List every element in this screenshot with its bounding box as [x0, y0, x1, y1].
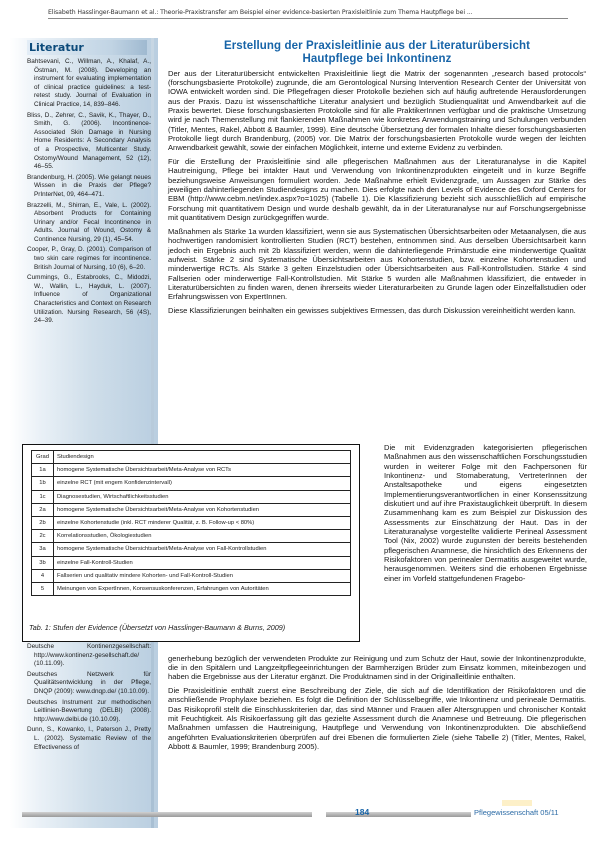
reference-item: Deutsches Instrument zur methodischen Le… — [27, 699, 151, 725]
paragraph: Die Praxisleitlinie enthält zuerst eine … — [168, 686, 586, 751]
design-cell: Fallserien und qualitativ mindere Kohort… — [54, 569, 351, 582]
reference-item: Brazzelli, M., Shirran, E., Vale, L. (20… — [27, 202, 151, 245]
design-cell: homogene Systematische Übersichtsarbeit/… — [54, 503, 351, 516]
evidence-table-frame: Grad Studiendesign 1ahomogene Systematis… — [22, 444, 360, 642]
table-row: 3ahomogene Systematische Übersichtsarbei… — [32, 543, 351, 556]
grade-cell: 2a — [32, 503, 54, 516]
evidence-levels-table: Grad Studiendesign 1ahomogene Systematis… — [31, 450, 351, 596]
design-cell: einzelne Fall-Kontroll-Studien — [54, 556, 351, 569]
design-cell: homogene Systematische Übersichtsarbeit/… — [54, 543, 351, 556]
grade-cell: 5 — [32, 582, 54, 595]
reference-item: Bahtsevani, C., Willman, A., Khalaf, A.,… — [27, 58, 151, 110]
table-row: 2ahomogene Systematische Übersichtsarbei… — [32, 503, 351, 516]
section-title-line2: Hautpflege bei Inkontinenz — [303, 53, 452, 65]
reference-item: Dunn, S., Kowanko, I., Paterson J., Pret… — [27, 726, 151, 752]
grade-cell: 1c — [32, 490, 54, 503]
table-row: 4Fallserien und qualitativ mindere Kohor… — [32, 569, 351, 582]
footer-rule-right — [326, 812, 471, 817]
table-row: 3beinzelne Fall-Kontroll-Studien — [32, 556, 351, 569]
references-list-bottom: Deutsche Kontinenzgesellschaft: http://w… — [27, 643, 151, 754]
paragraph: generhebung bezüglich der verwendeten Pr… — [168, 654, 586, 682]
section-title: Erstellung der Praxisleitlinie aus der L… — [168, 40, 586, 66]
reference-item: Cooper, P., Gray, D. (2001). Comparison … — [27, 246, 151, 272]
running-head: Elisabeth Hasslinger-Baumann et al.: The… — [48, 9, 568, 19]
design-cell: homogene Systematische Übersichtsarbeit/… — [54, 464, 351, 477]
footer-rule-left — [22, 812, 312, 817]
table-row: 2cKorrelationsstudien, Ökologiestudien — [32, 530, 351, 543]
design-cell: einzelne Kohortenstudie (inkl. RCT minde… — [54, 516, 351, 529]
column-header-design: Studiendesign — [54, 451, 351, 464]
reference-item: Brandenburg, H. (2005). Wie gelangt neue… — [27, 174, 151, 200]
section-title-line1: Erstellung der Praxisleitlinie aus der L… — [224, 40, 530, 52]
table-row: 5Meinungen von ExpertInnen, Konsensuskon… — [32, 582, 351, 595]
paragraph: Maßnahmen als Stärke 1a wurden klassifiz… — [168, 227, 586, 302]
references-heading: Literatur — [27, 40, 147, 55]
table-row: 1beinzelne RCT (mit engem Konfidenzinter… — [32, 477, 351, 490]
paragraph: Der aus der Literaturübersicht entwickel… — [168, 69, 586, 153]
journal-highlight — [502, 800, 532, 806]
page-number: 184 — [355, 807, 369, 817]
references-list-top: Bahtsevani, C., Willman, A., Khalaf, A.,… — [27, 58, 151, 328]
design-cell: Korrelationsstudien, Ökologiestudien — [54, 530, 351, 543]
article-body-continued: generhebung bezüglich der verwendeten Pr… — [168, 651, 586, 751]
journal-name: Pflegewissenschaft 05/11 — [474, 808, 559, 817]
grade-cell: 2b — [32, 516, 54, 529]
reference-item: Deutsches Netzwerk für Qualitätsentwickl… — [27, 671, 151, 697]
grade-cell: 1a — [32, 464, 54, 477]
table-row: 2beinzelne Kohortenstudie (inkl. RCT min… — [32, 516, 351, 529]
reference-item: Cummings, G., Estabrooks, C., Midodzi, W… — [27, 274, 151, 326]
grade-cell: 2c — [32, 530, 54, 543]
column-header-grade: Grad — [32, 451, 54, 464]
table-row: 1ahomogene Systematische Übersichtsarbei… — [32, 464, 351, 477]
paragraph: Die mit Evidenzgraden kategorisierten pf… — [384, 443, 587, 583]
reference-item: Bliss, D., Zehrer, C., Savik, K., Thayer… — [27, 112, 151, 172]
table-row: 1cDiagnosestudien, Wirtschaftlichkeitsst… — [32, 490, 351, 503]
grade-cell: 1b — [32, 477, 54, 490]
table-header-row: Grad Studiendesign — [32, 451, 351, 464]
right-column-text: Die mit Evidenzgraden kategorisierten pf… — [384, 443, 587, 583]
paragraph: Diese Klassifizierungen beinhalten ein g… — [168, 306, 586, 315]
grade-cell: 3b — [32, 556, 54, 569]
design-cell: Diagnosestudien, Wirtschaftlichkeitsstud… — [54, 490, 351, 503]
grade-cell: 3a — [32, 543, 54, 556]
design-cell: einzelne RCT (mit engem Konfidenzinterva… — [54, 477, 351, 490]
article-body: Erstellung der Praxisleitlinie aus der L… — [168, 40, 586, 316]
paragraph: Für die Erstellung der Praxisleitlinie s… — [168, 157, 586, 222]
reference-item: Deutsche Kontinenzgesellschaft: http://w… — [27, 643, 151, 669]
design-cell: Meinungen von ExpertInnen, Konsensuskonf… — [54, 582, 351, 595]
sidebar-divider — [151, 38, 154, 828]
table-caption: Tab. 1: Stufen der Evidence (Übersetzt v… — [29, 623, 285, 632]
grade-cell: 4 — [32, 569, 54, 582]
